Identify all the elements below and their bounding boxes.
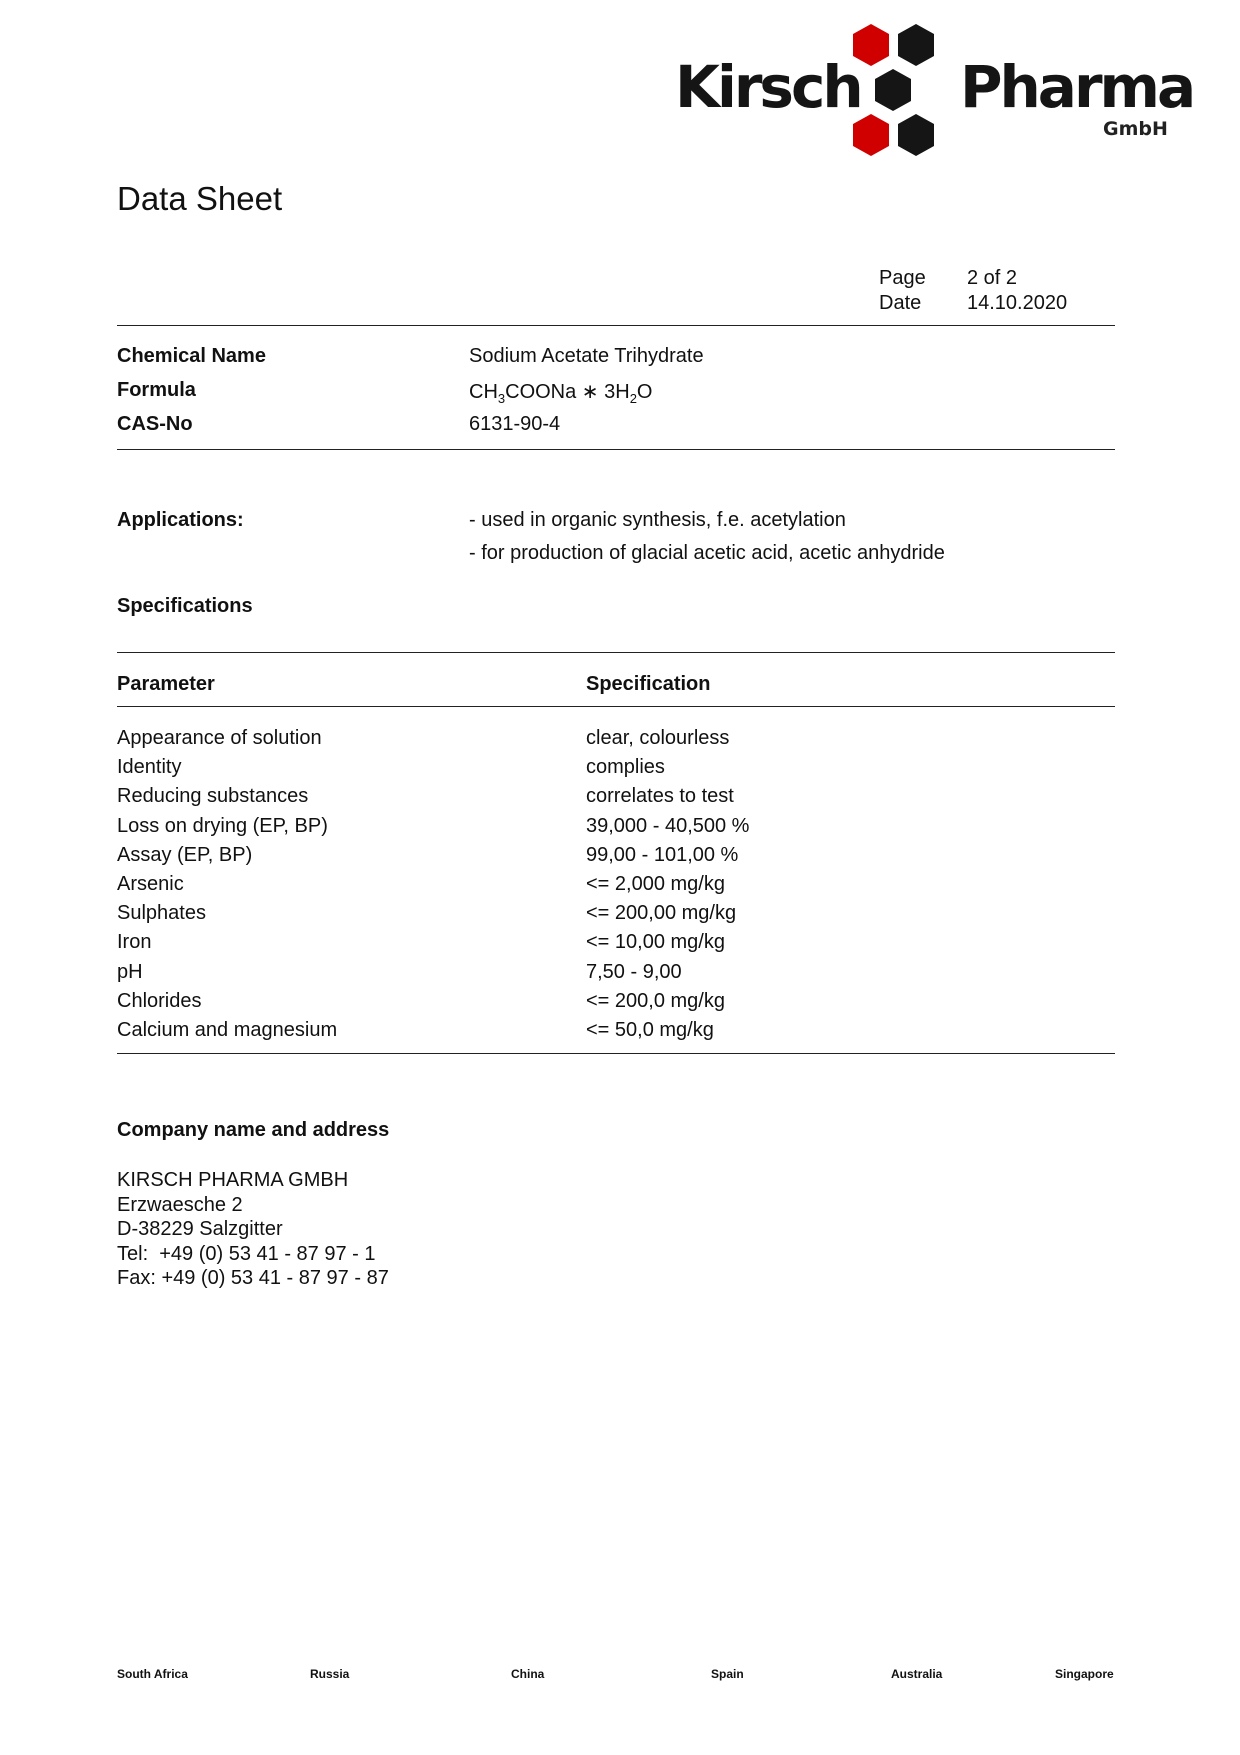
chemical-name-value: Sodium Acetate Trihydrate (469, 345, 704, 368)
footer-country: Russia (310, 1667, 349, 1681)
specification-cell: 7,50 - 9,00 (586, 961, 682, 984)
document-title: Data Sheet (117, 182, 282, 215)
spec-table-header: Parameter Specification (117, 673, 710, 696)
parameter-cell: Iron (117, 931, 586, 954)
specification-cell: complies (586, 756, 665, 779)
applications-label: Applications: (117, 509, 469, 575)
table-row: Arsenic<= 2,000 mg/kg (117, 873, 749, 902)
footer-country: Singapore (1055, 1667, 1114, 1681)
application-item: - used in organic synthesis, f.e. acetyl… (469, 509, 945, 542)
application-item: - for production of glacial acetic acid,… (469, 542, 945, 575)
address-line: Fax: +49 (0) 53 41 - 87 97 - 87 (117, 1266, 389, 1291)
logo-gmbh: GmbH (1103, 120, 1168, 139)
address-line: Tel: +49 (0) 53 41 - 87 97 - 1 (117, 1242, 389, 1267)
parameter-cell: Appearance of solution (117, 727, 586, 750)
divider (117, 325, 1115, 326)
specifications-heading: Specifications (117, 595, 253, 618)
address-line: D-38229 Salzgitter (117, 1217, 389, 1242)
company-logo: Kirsch Pharma GmbH (675, 22, 1175, 162)
formula-value: CH3COONa ∗ 3H2O (469, 379, 652, 404)
product-info: Chemical Name Sodium Acetate Trihydrate … (117, 345, 704, 447)
specification-cell: 39,000 - 40,500 % (586, 815, 749, 838)
company-address: KIRSCH PHARMA GMBHErzwaesche 2D-38229 Sa… (117, 1168, 389, 1291)
spec-table-body: Appearance of solutionclear, colourlessI… (117, 727, 749, 1048)
table-row: Assay (EP, BP)99,00 - 101,00 % (117, 844, 749, 873)
parameter-cell: Loss on drying (EP, BP) (117, 815, 586, 838)
specification-cell: <= 10,00 mg/kg (586, 931, 725, 954)
parameter-cell: Assay (EP, BP) (117, 844, 586, 867)
table-top-border (117, 652, 1115, 653)
document-meta: Page 2 of 2 Date 14.10.2020 (879, 266, 1067, 316)
company-heading: Company name and address (117, 1119, 389, 1142)
divider (117, 449, 1115, 450)
parameter-cell: Arsenic (117, 873, 586, 896)
parameter-cell: Reducing substances (117, 785, 586, 808)
specification-cell: <= 200,00 mg/kg (586, 902, 736, 925)
table-row: Iron<= 10,00 mg/kg (117, 931, 749, 960)
cas-label: CAS-No (117, 413, 469, 436)
table-row: Loss on drying (EP, BP)39,000 - 40,500 % (117, 815, 749, 844)
specification-cell: <= 50,0 mg/kg (586, 1019, 714, 1042)
address-line: Erzwaesche 2 (117, 1193, 389, 1218)
column-header-parameter: Parameter (117, 673, 586, 696)
table-header-border (117, 706, 1115, 707)
table-row: Calcium and magnesium<= 50,0 mg/kg (117, 1019, 749, 1048)
specification-cell: <= 200,0 mg/kg (586, 990, 725, 1013)
formula-label: Formula (117, 379, 469, 402)
specification-cell: correlates to test (586, 785, 734, 808)
table-row: Sulphates<= 200,00 mg/kg (117, 902, 749, 931)
applications-section: Applications: - used in organic synthesi… (117, 509, 945, 575)
table-row: Identitycomplies (117, 756, 749, 785)
parameter-cell: Calcium and magnesium (117, 1019, 586, 1042)
page-label: Page (879, 266, 967, 291)
column-header-specification: Specification (586, 673, 710, 696)
specification-cell: <= 2,000 mg/kg (586, 873, 725, 896)
footer-country: Spain (711, 1667, 744, 1681)
chemical-name-label: Chemical Name (117, 345, 469, 368)
specification-cell: 99,00 - 101,00 % (586, 844, 738, 867)
hexagon-logo-icon (851, 22, 961, 157)
parameter-cell: pH (117, 961, 586, 984)
table-row: Appearance of solutionclear, colourless (117, 727, 749, 756)
parameter-cell: Chlorides (117, 990, 586, 1013)
parameter-cell: Sulphates (117, 902, 586, 925)
cas-value: 6131-90-4 (469, 413, 560, 436)
table-row: Chlorides<= 200,0 mg/kg (117, 990, 749, 1019)
page-number: 2 of 2 (967, 266, 1017, 291)
footer-country: South Africa (117, 1667, 188, 1681)
parameter-cell: Identity (117, 756, 586, 779)
footer-country: Australia (891, 1667, 942, 1681)
address-line: KIRSCH PHARMA GMBH (117, 1168, 389, 1193)
document-date: 14.10.2020 (967, 291, 1067, 316)
footer-countries: South AfricaRussiaChinaSpainAustraliaSin… (117, 1667, 1117, 1683)
footer-country: China (511, 1667, 544, 1681)
logo-word-pharma: Pharma (960, 58, 1193, 116)
logo-word-kirsch: Kirsch (675, 58, 861, 116)
table-row: Reducing substancescorrelates to test (117, 785, 749, 814)
table-row: pH7,50 - 9,00 (117, 961, 749, 990)
date-label: Date (879, 291, 967, 316)
table-bottom-border (117, 1053, 1115, 1054)
specification-cell: clear, colourless (586, 727, 729, 750)
